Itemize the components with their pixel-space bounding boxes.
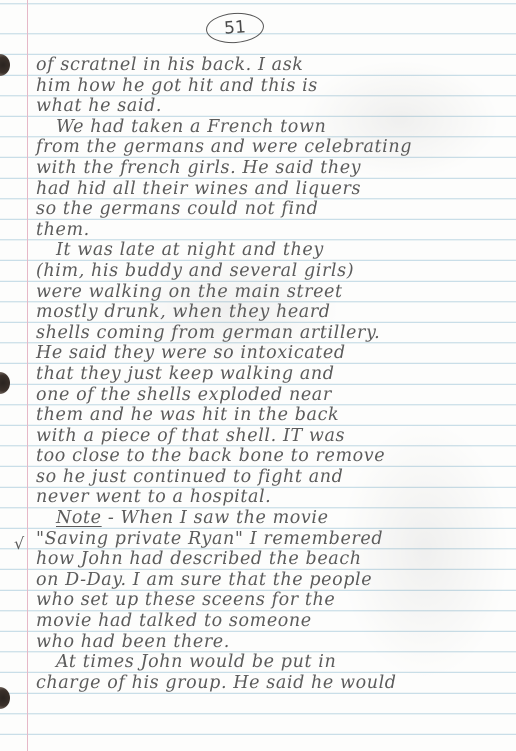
text-line: "Saving private Ryan" I remembered xyxy=(36,529,506,550)
text-line-content: them and he was hit in the back xyxy=(36,405,339,425)
text-line: never went to a hospital. xyxy=(36,487,506,508)
text-line: them. xyxy=(36,220,506,241)
text-line-content: "Saving private Ryan" I remembered xyxy=(36,529,383,549)
text-line-content: on D-Day. I am sure that the people xyxy=(36,570,372,590)
page-number-text: 51 xyxy=(224,17,247,38)
text-line-content: so he just continued to fight and xyxy=(36,467,343,487)
text-line-content: too close to the back bone to remove xyxy=(36,446,385,466)
text-line: one of the shells exploded near xyxy=(36,385,506,406)
punch-hole-middle xyxy=(0,372,10,394)
text-line-content: him how he got hit and this is xyxy=(36,76,318,96)
text-line-content: were walking on the main street xyxy=(36,282,343,302)
text-line-content: At times John would be put in xyxy=(56,652,336,672)
text-line-content: mostly drunk, when they heard xyxy=(36,302,331,322)
text-line-content: had hid all their wines and liquers xyxy=(36,179,361,199)
text-line: them and he was hit in the back xyxy=(36,405,506,426)
text-line: had hid all their wines and liquers xyxy=(36,179,506,200)
text-line: so the germans could not find xyxy=(36,199,506,220)
text-line: of scratnel in his back. I ask xyxy=(36,55,506,76)
text-line-content: shells coming from german artillery. xyxy=(36,323,380,343)
handwritten-text-body: of scratnel in his back. I askhim how he… xyxy=(36,55,506,693)
text-line: shells coming from german artillery. xyxy=(36,323,506,344)
text-line: who set up these sceens for the xyxy=(36,590,506,611)
text-line-content: what he said. xyxy=(36,96,162,116)
margin-line xyxy=(27,0,28,751)
text-line-content: how John had described the beach xyxy=(36,549,362,569)
text-line-content: never went to a hospital. xyxy=(36,487,271,507)
text-line-content: who had been there. xyxy=(36,632,230,652)
text-line: from the germans and were celebrating xyxy=(36,137,506,158)
margin-check-mark: √ xyxy=(14,534,24,553)
punch-hole-top xyxy=(0,54,10,76)
text-line: were walking on the main street xyxy=(36,282,506,303)
page-number: 51 xyxy=(205,11,265,45)
text-line: It was late at night and they xyxy=(36,240,506,261)
text-line: too close to the back bone to remove xyxy=(36,446,506,467)
text-line-content: one of the shells exploded near xyxy=(36,385,332,405)
text-line: how John had described the beach xyxy=(36,549,506,570)
text-line: He said they were so intoxicated xyxy=(36,343,506,364)
text-line-content: them. xyxy=(36,220,90,240)
text-line-content: with the french girls. He said they xyxy=(36,158,361,178)
text-line-content: charge of his group. He said he would xyxy=(36,673,397,693)
text-line: (him, his buddy and several girls) xyxy=(36,261,506,282)
punch-hole-bottom xyxy=(0,687,10,709)
text-line: mostly drunk, when they heard xyxy=(36,302,506,323)
text-line: We had taken a French town xyxy=(36,117,506,138)
text-line-content: from the germans and were celebrating xyxy=(36,137,412,157)
text-line-content: of scratnel in his back. I ask xyxy=(36,55,303,75)
text-line: who had been there. xyxy=(36,632,506,653)
text-line-content: so the germans could not find xyxy=(36,199,318,219)
text-line: charge of his group. He said he would xyxy=(36,673,506,694)
text-line-content: It was late at night and they xyxy=(56,240,324,260)
text-line-content: with a piece of that shell. IT was xyxy=(36,426,345,446)
text-line-content: (him, his buddy and several girls) xyxy=(36,261,354,281)
text-line: what he said. xyxy=(36,96,506,117)
text-line-content: He said they were so intoxicated xyxy=(36,343,346,363)
text-line: movie had talked to someone xyxy=(36,611,506,632)
text-line: him how he got hit and this is xyxy=(36,76,506,97)
text-line-content: that they just keep walking and xyxy=(36,364,335,384)
text-line: so he just continued to fight and xyxy=(36,467,506,488)
text-line: with the french girls. He said they xyxy=(36,158,506,179)
text-line: At times John would be put in xyxy=(36,652,506,673)
text-line: Note - When I saw the movie xyxy=(36,508,506,529)
text-line-content: We had taken a French town xyxy=(56,117,326,137)
text-line: with a piece of that shell. IT was xyxy=(36,426,506,447)
notebook-page: 51 √ of scratnel in his back. I askhim h… xyxy=(0,0,516,751)
text-line: that they just keep walking and xyxy=(36,364,506,385)
text-line: on D-Day. I am sure that the people xyxy=(36,570,506,591)
note-label: Note xyxy=(56,508,102,528)
text-line-content: - When I saw the movie xyxy=(108,508,329,528)
text-line-content: movie had talked to someone xyxy=(36,611,312,631)
text-line-content: who set up these sceens for the xyxy=(36,590,335,610)
